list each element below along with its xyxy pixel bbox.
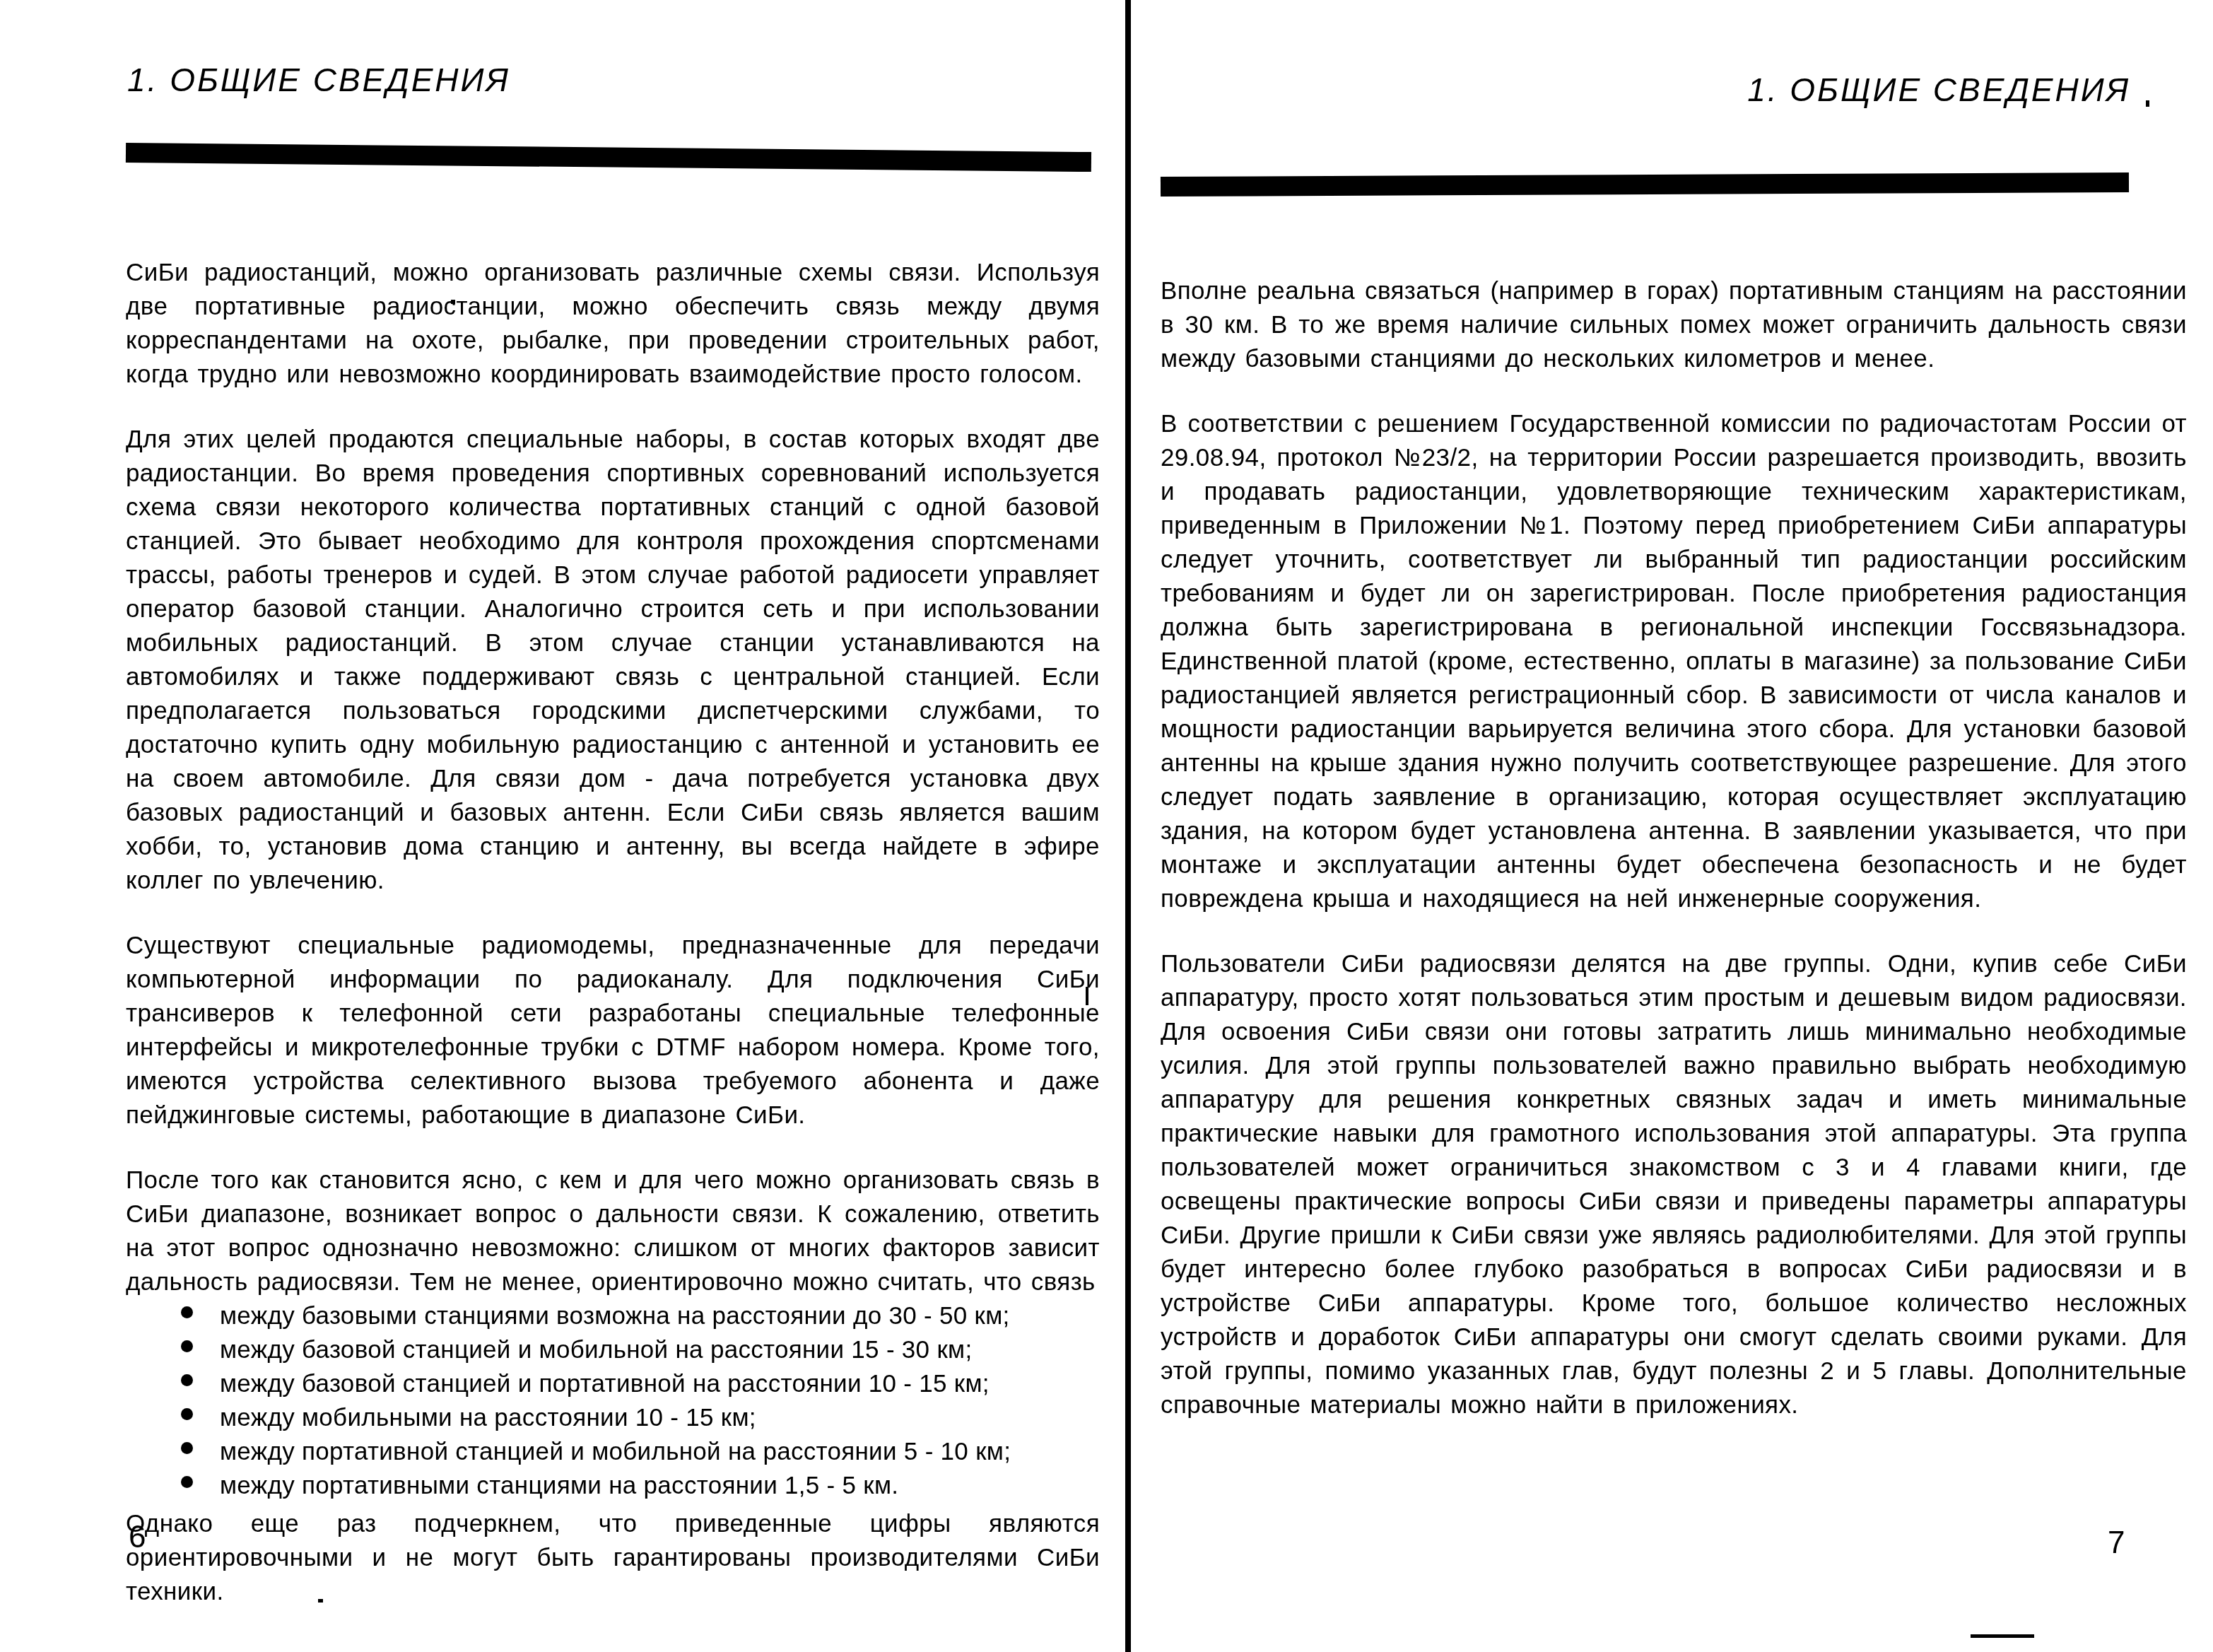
body-paragraph: После того как становится ясно, с кем и … <box>126 1164 1100 1299</box>
page-number-right: 7 <box>2108 1525 2125 1561</box>
list-item-text: между базовыми станциями возможна на рас… <box>220 1299 1010 1333</box>
bullet-icon <box>181 1340 193 1352</box>
page-number-left: 6 <box>129 1520 146 1555</box>
bullet-icon <box>181 1408 193 1420</box>
list-item-text: между портативной станцией и мобильной н… <box>220 1435 1011 1469</box>
list-item: между портативной станцией и мобильной н… <box>181 1435 1100 1469</box>
right-running-header: 1. ОБЩИЕ СВЕДЕНИЯ <box>1747 71 2130 109</box>
book-scan-spread: 1. ОБЩИЕ СВЕДЕНИЯ СиБи радиостанций, мож… <box>0 0 2213 1652</box>
body-paragraph: Существуют специальные радиомодемы, пред… <box>126 929 1100 1132</box>
list-item: между портативными станциями на расстоян… <box>181 1469 1100 1503</box>
left-page-body: СиБи радиостанций, можно организовать ра… <box>126 256 1100 1609</box>
body-paragraph: Пользователи СиБи радиосвязи делятся на … <box>1161 947 2187 1422</box>
body-paragraph: В соответствии с решением Государственно… <box>1161 407 2187 916</box>
scan-speck <box>451 300 455 304</box>
bullet-icon <box>181 1306 193 1318</box>
bullet-icon <box>181 1442 193 1454</box>
list-item-text: между базовой станцией и мобильной на ра… <box>220 1333 972 1367</box>
right-paragraphs: Вполне реальна связаться (например в гор… <box>1161 274 2187 1422</box>
right-header-rule <box>1161 172 2129 197</box>
left-running-header: 1. ОБЩИЕ СВЕДЕНИЯ <box>127 61 510 99</box>
scan-speck <box>1086 987 1088 1005</box>
body-paragraph: Для этих целей продаются специальные наб… <box>126 423 1100 898</box>
left-paragraphs: СиБи радиостанций, можно организовать ра… <box>126 256 1100 1299</box>
body-paragraph: Вполне реальна связаться (например в гор… <box>1161 274 2187 376</box>
list-item: между базовой станцией и портативной на … <box>181 1367 1100 1401</box>
bullet-icon <box>181 1476 193 1488</box>
list-item-text: между мобильными на расстоянии 10 - 15 к… <box>220 1401 756 1435</box>
list-item-text: между базовой станцией и портативной на … <box>220 1367 990 1401</box>
list-item: между мобильными на расстоянии 10 - 15 к… <box>181 1401 1100 1435</box>
list-item: между базовыми станциями возможна на рас… <box>181 1299 1100 1333</box>
left-header-rule <box>126 143 1091 172</box>
scan-speck <box>318 1599 323 1603</box>
distance-bullet-list: между базовыми станциями возможна на рас… <box>126 1299 1100 1503</box>
list-item: между базовой станцией и мобильной на ра… <box>181 1333 1100 1367</box>
page-gutter-divider <box>1125 0 1131 1652</box>
body-paragraph: СиБи радиостанций, можно организовать ра… <box>126 256 1100 392</box>
scan-speck <box>1971 1634 2034 1638</box>
left-closing-paragraph: Однако еще раз подчеркнем, что приведенн… <box>126 1507 1100 1609</box>
scan-speck <box>2146 100 2149 107</box>
right-page-body: Вполне реальна связаться (например в гор… <box>1161 274 2187 1422</box>
list-item-text: между портативными станциями на расстоян… <box>220 1469 898 1503</box>
bullet-icon <box>181 1374 193 1386</box>
